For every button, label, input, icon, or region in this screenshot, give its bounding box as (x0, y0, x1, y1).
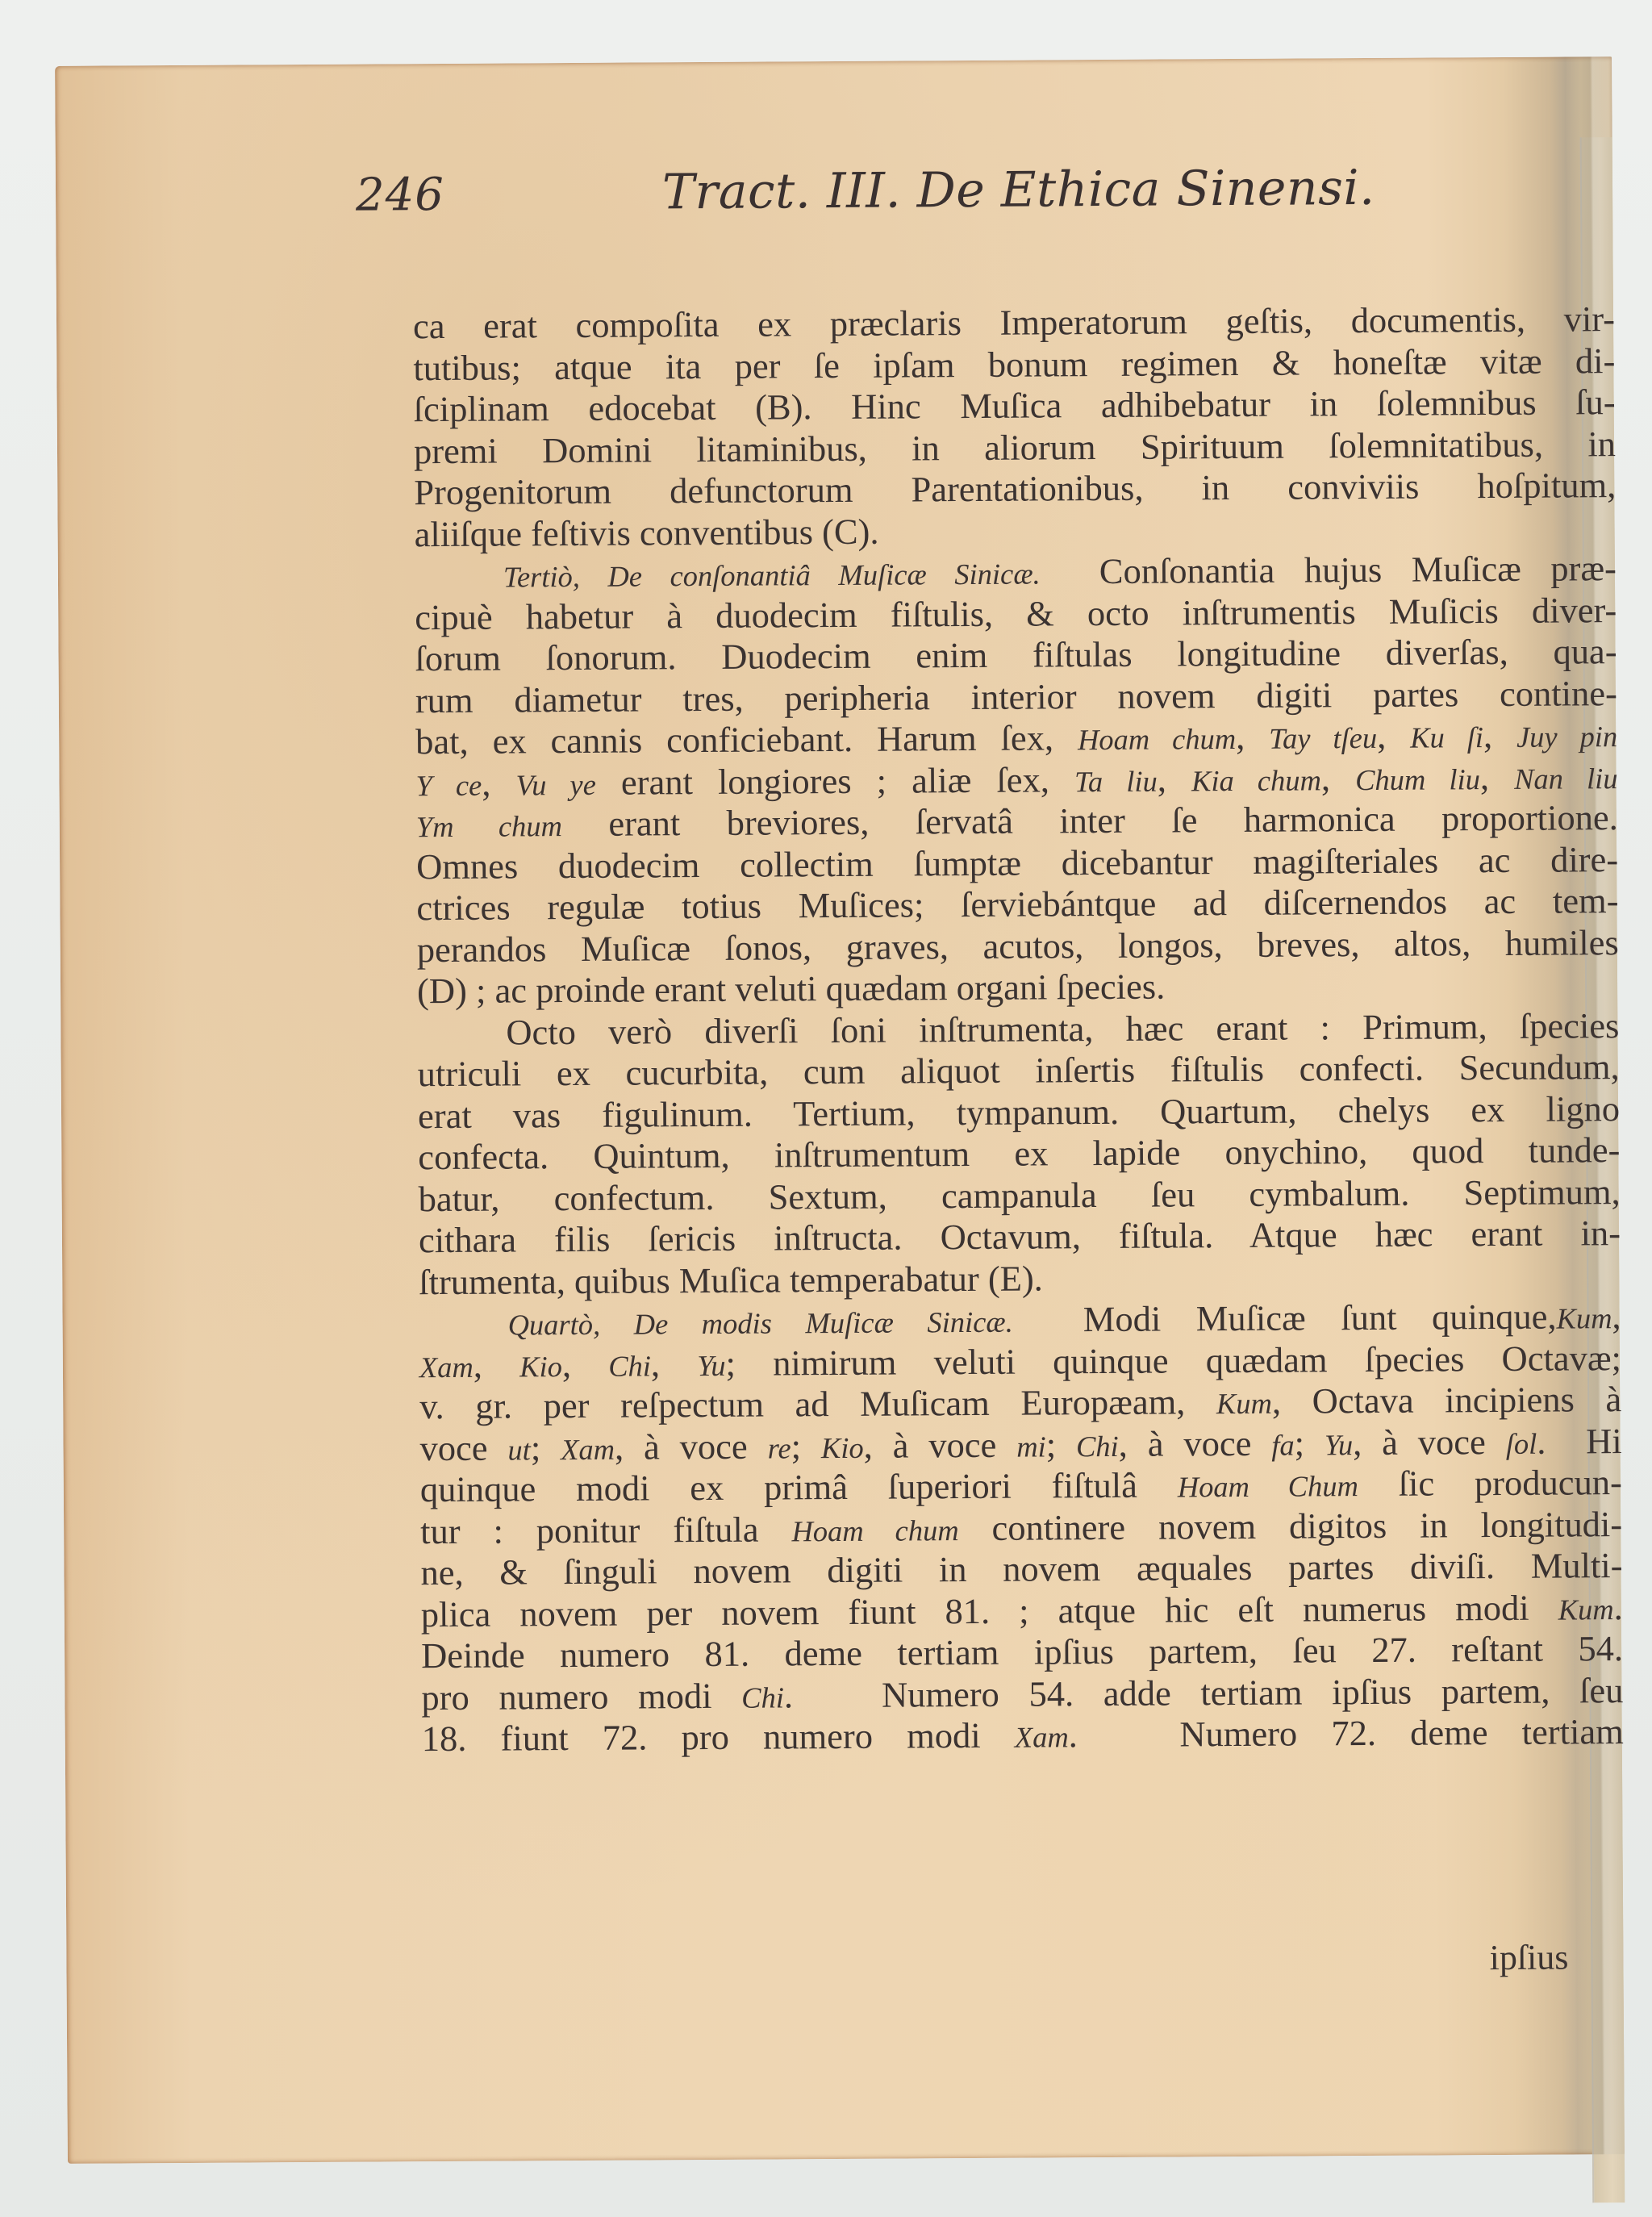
mode-name: Yu (1325, 1428, 1353, 1461)
text-line: Xam, Kio, Chi, Yu; nimirum veluti quinqu… (419, 1338, 1621, 1387)
text-run: nimirum veluti quinque quædam ſpecies Oc… (773, 1338, 1621, 1383)
text-line: plica novem per novem fiunt 81. ; atque … (421, 1587, 1623, 1636)
mode-name: Chi (741, 1680, 784, 1714)
text-line: batur, confectum. Sextum, campanula ſeu … (419, 1171, 1621, 1221)
text-line: aliiſque feſtivis conventibus (C). (414, 507, 1616, 556)
note-name: mi (1016, 1430, 1046, 1463)
text-run: 18. fiunt 72. pro numero modi (422, 1715, 981, 1759)
text-run: Conſonantia hujus Muſicæ præ- (1099, 548, 1617, 591)
text-run: bat, ex cannis conficiebant. Harum ſex, (415, 717, 1053, 762)
text-line: premi Domini litaminibus, in aliorum Spi… (414, 424, 1616, 473)
text-run: à voce (893, 1424, 997, 1465)
text-line: tutibus; atque ita per ſe ipſam bonum re… (413, 340, 1615, 390)
text-run: Hi (1586, 1421, 1622, 1461)
text-line: voce ut; Xam, à voce re; Kio, à voce mi;… (419, 1421, 1621, 1470)
text-line: rum diametur tres, peripheria interior n… (415, 673, 1617, 722)
mode-name: Xam (1015, 1720, 1069, 1753)
scan-background: 246 Tract. III. De Ethica Sinensi. ca er… (0, 0, 1652, 2217)
pipe-name: Chum liu (1355, 762, 1480, 796)
text-line: 18. fiunt 72. pro numero modi Xam. Numer… (422, 1711, 1624, 1760)
mode-name: Chi (608, 1349, 651, 1382)
pipe-name: Nan liu (1514, 762, 1618, 795)
text-run: Numero 72. deme tertiam (1179, 1711, 1624, 1754)
pipe-name: Ta liu (1074, 764, 1158, 798)
text-line: ſciplinam edocebat (B). Hinc Muſica adhi… (414, 382, 1616, 431)
text-line: Progenitorum defunctorum Parentationibus… (414, 465, 1616, 514)
text-line: ſorum ſonorum. Duodecim enim fiſtulas lo… (415, 631, 1617, 680)
text-run: v. gr. per reſpectum ad Muſicam Europæam… (419, 1381, 1185, 1426)
text-line: Octo verò diverſi ſoni inſtrumenta, hæc … (417, 1005, 1619, 1054)
text-line: erat vas figulinum. Tertium, tympanum. Q… (418, 1088, 1620, 1138)
mode-name: Kum (1216, 1387, 1272, 1420)
text-line: Ym chum erant breviores, ſervatâ inter ſ… (416, 797, 1618, 846)
pipe-name: Tay tſeu (1269, 721, 1377, 755)
pipe-name: Vu ye (515, 767, 596, 801)
book-page: 246 Tract. III. De Ethica Sinensi. ca er… (55, 56, 1625, 2164)
text-line: Deinde numero 81. deme tertiam ipſius pa… (421, 1628, 1623, 1677)
text-line: cithara filis ſericis inſtructa. Octavum… (419, 1213, 1621, 1262)
body-text: ca erat compoſita ex præclaris Imperator… (413, 299, 1624, 1760)
pipe-name: Juy pin (1516, 720, 1617, 754)
pipe-name: Ku ſi (1410, 720, 1483, 754)
text-line: bat, ex cannis conficiebant. Harum ſex, … (415, 714, 1617, 763)
text-line: (D) ; ac proinde erant veluti quædam org… (417, 963, 1619, 1012)
text-line: tur : ponitur fiſtula Hoam chum continer… (420, 1504, 1622, 1553)
text-line: ca erat compoſita ex præclaris Imperator… (413, 299, 1615, 348)
text-run: à voce (644, 1426, 748, 1467)
mode-name: Xam (419, 1350, 473, 1383)
catchword: ipſius (1489, 1937, 1568, 1979)
pipe-name: Y ce (415, 768, 482, 801)
pipe-name: Kia chum (1191, 763, 1321, 797)
mode-name: Kio (519, 1350, 562, 1383)
mode-name: Xam (561, 1432, 615, 1465)
text-line: confecta. Quintum, inſtrumentum ex lapid… (418, 1129, 1620, 1179)
text-line: perandos Muſicæ ſonos, graves, acutos, l… (417, 922, 1619, 971)
text-run: Numero 54. adde tertiam ipſius partem, ſ… (882, 1670, 1624, 1715)
pipe-name: Hoam Chum (1178, 1469, 1358, 1503)
text-line: utriculi ex cucurbita, cum aliquot inſer… (418, 1046, 1620, 1096)
text-line: Y ce, Vu ye erant longiores ; aliæ ſex, … (415, 756, 1617, 805)
text-run: ſic producun- (1399, 1462, 1622, 1504)
text-line: Omnes duodecim collectim ſumptæ dicebant… (416, 839, 1618, 888)
section-3-heading: Tertiò, De conſonantiâ Muſicæ Sinicæ. (503, 557, 1041, 593)
mode-name: Yu (697, 1348, 725, 1381)
text-line: ſtrumenta, quibus Muſica temperabatur (E… (419, 1255, 1621, 1304)
text-run: Modi Muſicæ ſunt quinque, (1083, 1296, 1557, 1340)
text-run: tur : ponitur fiſtula (420, 1509, 759, 1551)
mode-name: Chi (1076, 1429, 1119, 1462)
running-header: 246 Tract. III. De Ethica Sinensi. (356, 154, 1502, 234)
mode-name: Kio (821, 1430, 864, 1463)
text-run: erant longiores ; aliæ ſex, (621, 759, 1049, 802)
text-run: quinque modi ex primâ ſuperiori fiſtulâ (420, 1465, 1137, 1509)
text-run: voce (419, 1427, 487, 1468)
pipe-name: Hoam chum (1078, 722, 1236, 756)
note-name: re (767, 1431, 791, 1464)
mode-name: Kum (1556, 1301, 1612, 1334)
text-line: pro numero modi Chi. Numero 54. adde ter… (421, 1670, 1623, 1719)
text-line: quinque modi ex primâ ſuperiori fiſtulâ … (420, 1462, 1622, 1511)
section-3-first-line: Tertiò, De conſonantiâ Muſicæ Sinicæ. Co… (415, 548, 1617, 597)
running-title: Tract. III. De Ethica Sinensi. (662, 160, 1375, 220)
text-run: à voce (1382, 1422, 1486, 1463)
section-4-first-line: Quartò, De modis Muſicæ Sinicæ. Modi Muſ… (419, 1296, 1621, 1345)
pipe-name: Ym chum (416, 809, 562, 843)
pipe-name: Hoam chum (791, 1513, 958, 1547)
note-name: fa (1271, 1428, 1295, 1461)
text-run: plica novem per novem fiunt 81. ; atque … (421, 1587, 1529, 1634)
text-run: Octava incipiens à (1312, 1379, 1621, 1421)
text-line: v. gr. per reſpectum ad Muſicam Europæam… (419, 1379, 1621, 1428)
page-number: 246 (356, 169, 444, 222)
note-name: ut (507, 1433, 531, 1466)
text-line: cipuè habetur à duodecim fiſtulis, & oct… (415, 590, 1617, 639)
text-run: continere novem digitos in longitudi- (991, 1504, 1622, 1548)
text-run: à voce (1148, 1422, 1252, 1463)
mode-name: Kum (1558, 1593, 1614, 1626)
text-run: erant breviores, ſervatâ inter ſe harmon… (608, 797, 1618, 844)
section-4-heading: Quartò, De modis Muſicæ Sinicæ. (507, 1305, 1012, 1342)
note-name: ſol (1506, 1426, 1537, 1459)
text-line: ctrices regulæ totius Muſices; ſerviebán… (416, 880, 1618, 929)
text-run: pro numero modi (421, 1675, 711, 1717)
text-line: ne, & ſinguli novem digiti in novem æqua… (420, 1545, 1622, 1594)
